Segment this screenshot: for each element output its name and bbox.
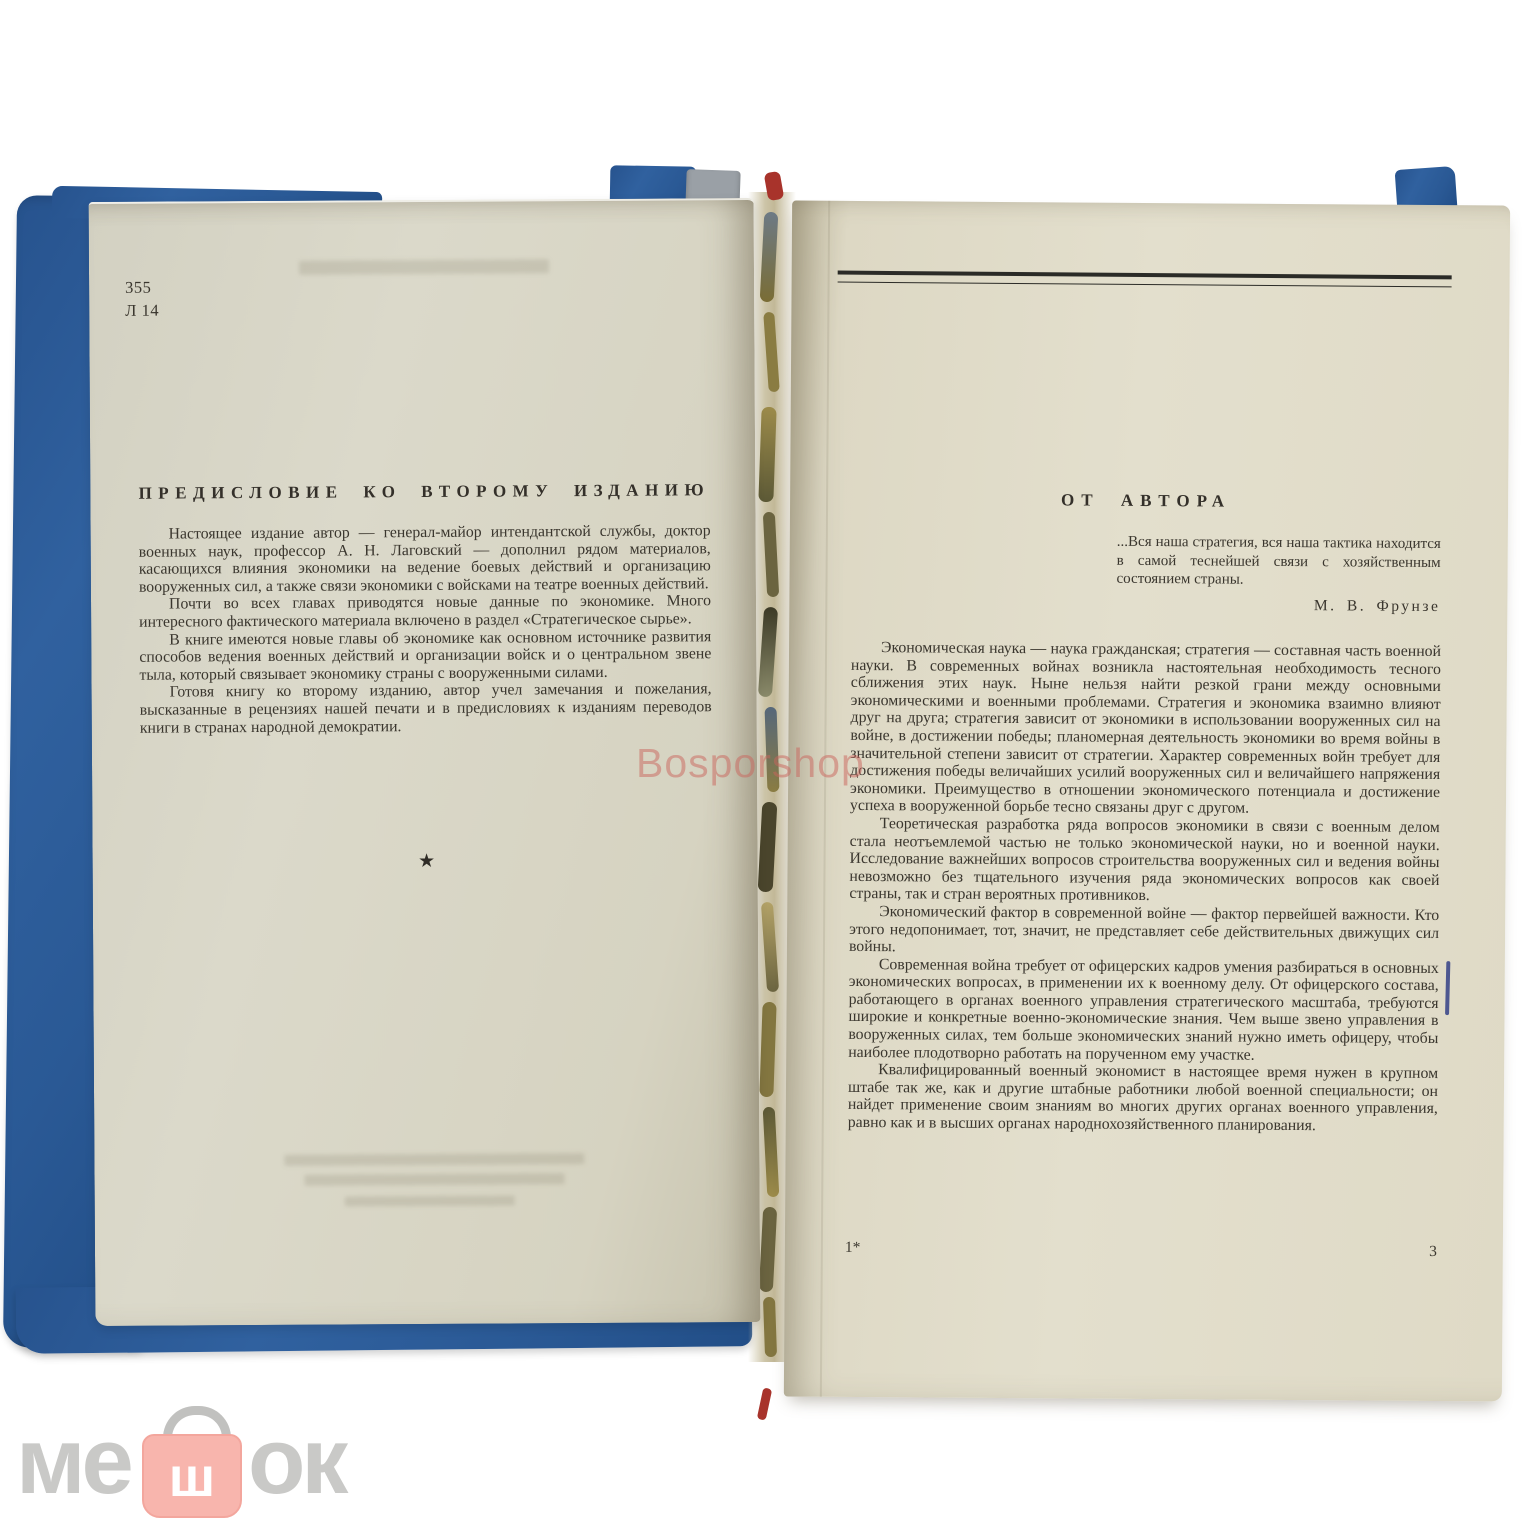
ink-showthrough — [299, 259, 549, 275]
margin-pen-mark — [1445, 961, 1450, 1015]
preface-heading: ПРЕДИСЛОВИЕ КО ВТОРОМУ ИЗДАНИЮ — [138, 480, 710, 503]
binding-thread — [763, 1107, 780, 1198]
logo-text-me: ме — [16, 1414, 130, 1508]
author-paragraph: Современная война требует от офицерских … — [848, 956, 1439, 1066]
preface-body: Настоящее издание автор — генерал-майор … — [139, 522, 712, 737]
bag-body: ш — [142, 1434, 242, 1518]
binding-thread — [761, 902, 779, 993]
binding-thread — [758, 407, 776, 502]
signature-mark: 1* — [845, 1239, 861, 1257]
epigraph-author: М. В. Фрунзе — [1116, 596, 1440, 617]
catalog-number-line1: 355 — [125, 276, 159, 299]
preface-paragraph: Готовя книгу ко второму изданию, автор у… — [140, 681, 712, 737]
page-number: 3 — [1429, 1243, 1437, 1261]
author-paragraph: Экономический фактор в современной войне… — [849, 903, 1439, 960]
preface-paragraph: В книге имеются новые главы об экономике… — [139, 628, 711, 684]
binding-thread — [759, 1002, 776, 1097]
preface-paragraph: Настоящее издание автор — генерал-майор … — [139, 522, 711, 596]
author-body: Экономическая наука — наука гражданская;… — [848, 639, 1441, 1136]
binding-thread — [763, 512, 779, 598]
preface-paragraph: Почти во всех главах приводятся новые да… — [139, 593, 711, 632]
catalog-number-line2: Л 14 — [125, 299, 159, 322]
binding-thread — [763, 1297, 777, 1357]
author-paragraph: Теоретическая разработка ряда вопросов э… — [849, 815, 1440, 907]
ink-showthrough — [305, 1173, 565, 1186]
double-rule — [838, 271, 1452, 288]
shopping-bag-icon: ш — [142, 1400, 242, 1520]
logo-text-sh: ш — [169, 1449, 216, 1505]
binding-thread — [760, 212, 779, 303]
logo-text-ok: ок — [248, 1414, 344, 1508]
ink-showthrough — [284, 1153, 584, 1166]
page-footer: 1* 3 — [845, 1239, 1437, 1261]
ink-showthrough — [345, 1195, 515, 1206]
page-crease — [820, 201, 830, 1397]
author-paragraph: Экономическая наука — наука гражданская;… — [850, 639, 1441, 819]
author-heading: ОТ АВТОРА — [852, 489, 1440, 513]
binding-thread — [759, 1207, 777, 1293]
binding-thread — [758, 607, 778, 698]
binding-thread — [758, 802, 778, 893]
shop-watermark: Bosporshop — [636, 740, 865, 787]
epigraph-text: ...Вся наша стратегия, вся наша тактика … — [1116, 533, 1440, 591]
red-thread-bottom — [757, 1387, 772, 1420]
binding-thread — [763, 312, 780, 393]
author-paragraph: Квалифицированный военный экономист в на… — [848, 1061, 1438, 1135]
right-page: ОТ АВТОРА ...Вся наша стратегия, вся наш… — [784, 201, 1510, 1402]
catalog-number: 355 Л 14 — [125, 276, 159, 322]
meshok-logo: ме ш ок — [16, 1400, 361, 1525]
epigraph: ...Вся наша стратегия, вся наша тактика … — [1116, 533, 1441, 617]
star-ornament: ★ — [141, 848, 713, 874]
photo-of-open-book: 355 Л 14 ПРЕДИСЛОВИЕ КО ВТОРОМУ ИЗДАНИЮ … — [0, 0, 1532, 1532]
